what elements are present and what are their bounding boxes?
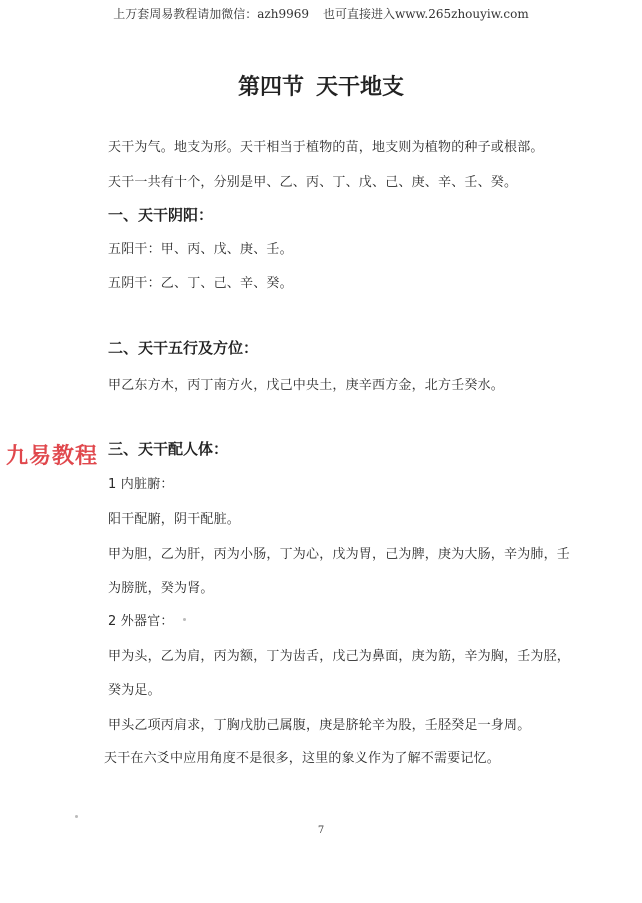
intro-paragraph-2: 天干一共有十个，分别是甲、乙、丙、丁、戊、己、庚、辛、壬、癸。 bbox=[108, 171, 517, 190]
page-title: 第四节天干地支 bbox=[0, 70, 642, 101]
yin-stems-line: 五阴干：乙、丁、己、辛、癸。 bbox=[108, 272, 293, 291]
yang-stems-line: 五阳干：甲、丙、戊、庚、壬。 bbox=[108, 238, 293, 257]
promo-text: 上万套周易教程请加微信：azh9969 bbox=[113, 7, 309, 21]
external-organs-label: 2 外器官： bbox=[108, 610, 174, 629]
watermark-logo: 九易教程 bbox=[6, 439, 98, 470]
page-number: 7 bbox=[0, 825, 642, 836]
five-elements-line: 甲乙东方木，丙丁南方火，戊己中央土，庚辛西方金，北方壬癸水。 bbox=[108, 374, 504, 393]
heading-yin-yang: 一、天干阴阳： bbox=[108, 204, 213, 225]
organs-mapping-line-2: 为膀胱，癸为肾。 bbox=[108, 577, 214, 596]
section-name: 天干地支 bbox=[316, 75, 404, 100]
external-mapping-line-2: 癸为足。 bbox=[108, 679, 161, 698]
closing-note: 天干在六爻中应用角度不是很多，这里的象义作为了解不需要记忆。 bbox=[104, 747, 500, 766]
section-number: 第四节 bbox=[238, 75, 304, 100]
intro-paragraph-1: 天干为气。地支为形。天干相当于植物的苗，地支则为植物的种子或根部。 bbox=[108, 136, 544, 155]
promo-link[interactable]: 也可直接进入www.265zhouyiw.com bbox=[323, 7, 529, 21]
organs-mapping-line-1: 甲为胆，乙为肝，丙为小肠，丁为心，戊为胃，己为脾，庚为大肠，辛为肺，壬 bbox=[108, 543, 570, 562]
heading-body-mapping: 三、天干配人体： bbox=[108, 438, 228, 459]
organs-rule-line: 阳干配腑，阴干配脏。 bbox=[108, 508, 240, 527]
scan-speck bbox=[183, 618, 186, 621]
page-header-promo: 上万套周易教程请加微信：azh9969也可直接进入www.265zhouyiw.… bbox=[0, 5, 642, 22]
heading-five-elements: 二、天干五行及方位： bbox=[108, 337, 258, 358]
scan-speck bbox=[75, 815, 78, 818]
external-mapping-line-1: 甲为头，乙为肩，丙为额，丁为齿舌，戊己为鼻面，庚为筋，辛为胸，壬为胫， bbox=[108, 645, 570, 664]
body-verse-line: 甲头乙项丙肩求，丁胸戊肋己属腹，庚是脐轮辛为股，壬胫癸足一身周。 bbox=[108, 714, 530, 733]
internal-organs-label: 1 内脏腑： bbox=[108, 473, 174, 492]
